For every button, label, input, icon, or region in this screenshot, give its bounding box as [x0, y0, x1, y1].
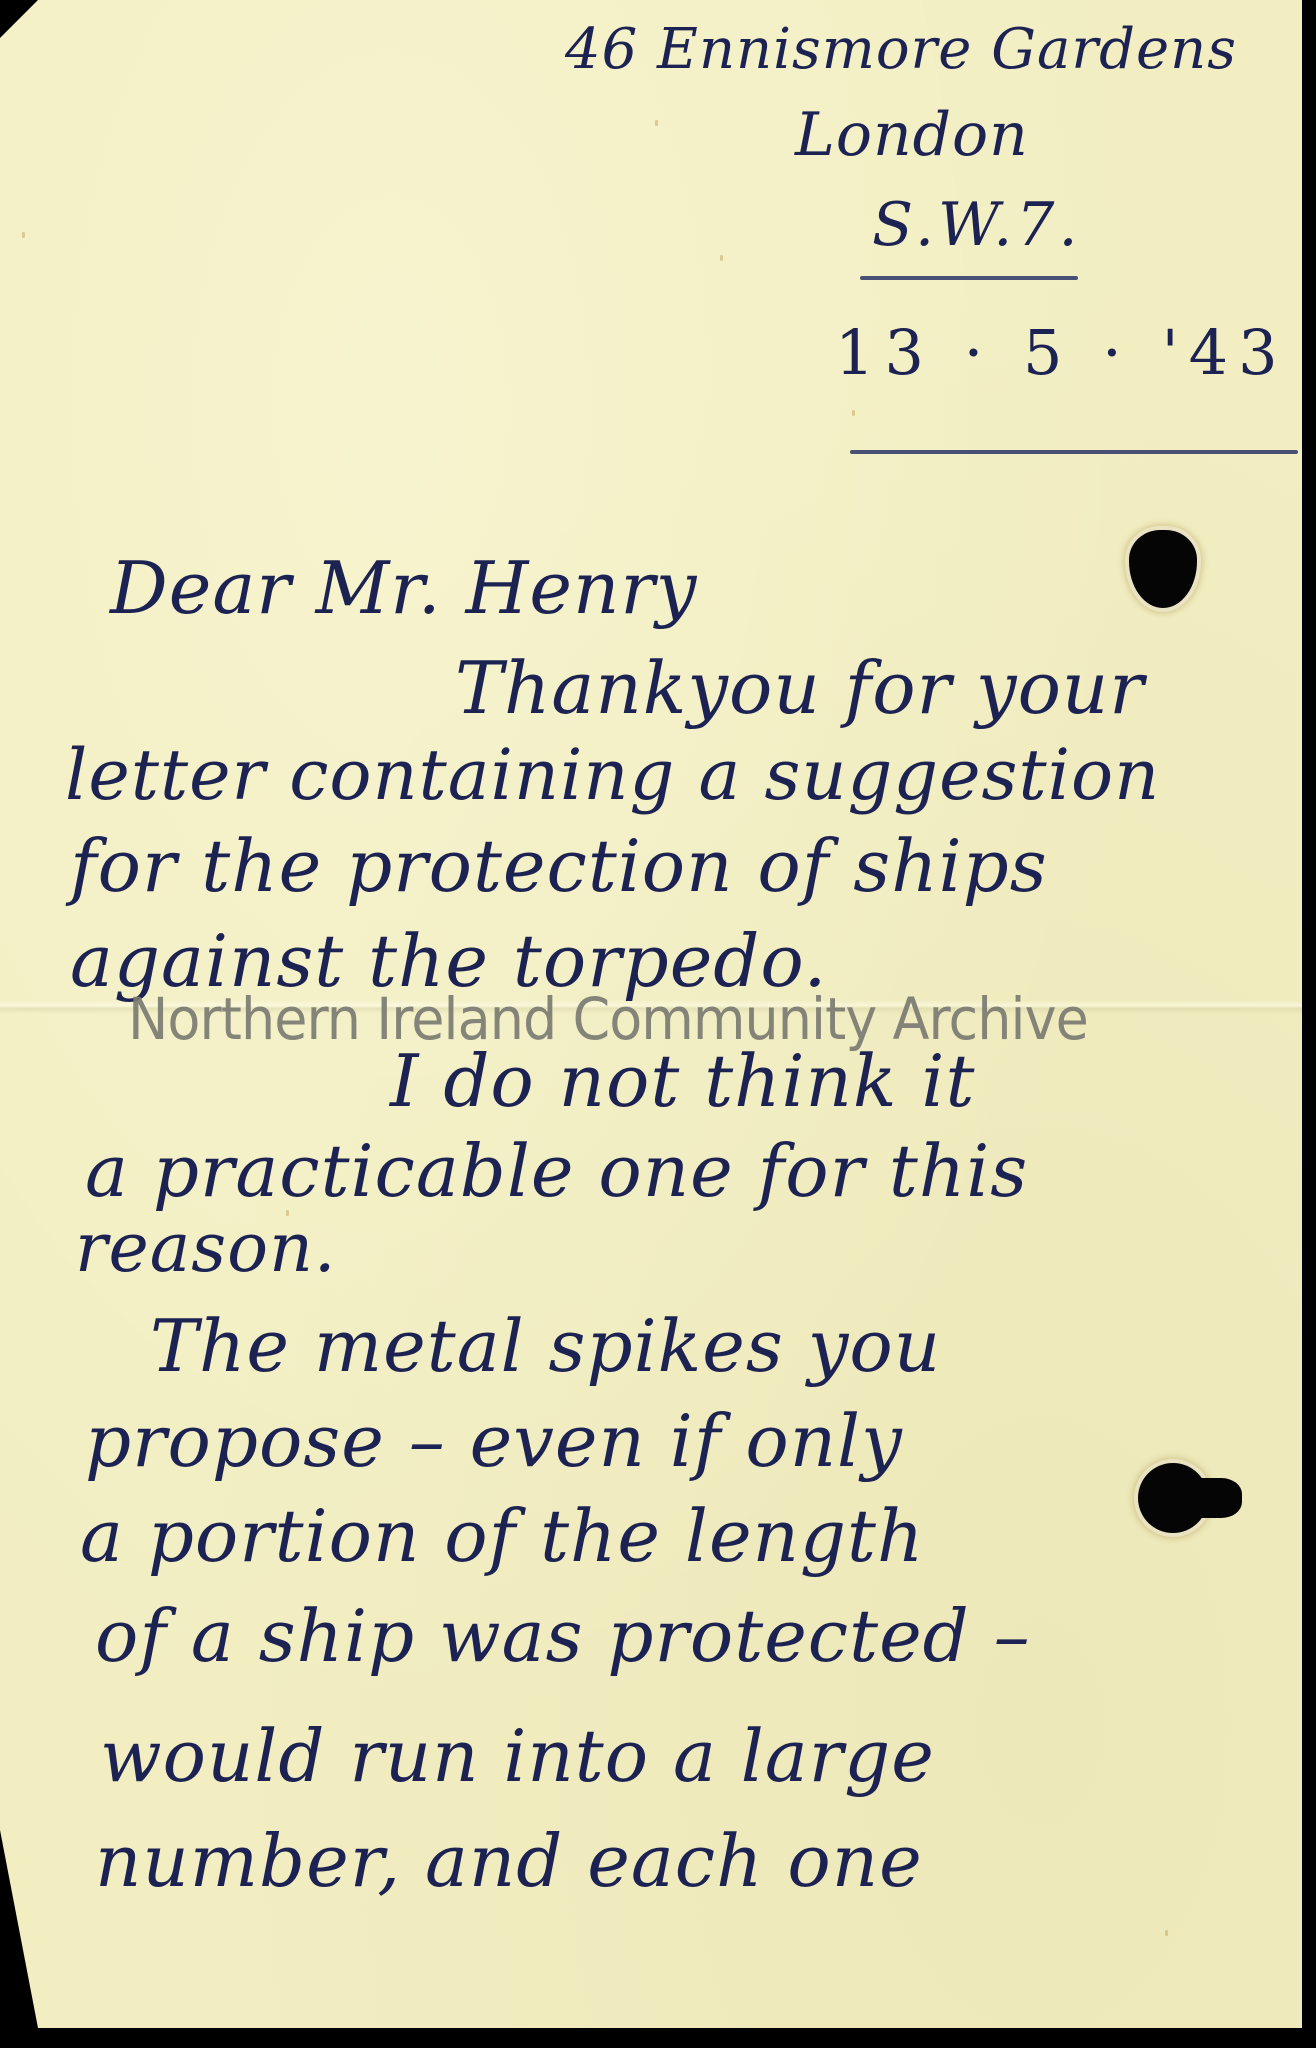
body-line: letter containing a suggestion: [65, 740, 1160, 810]
body-line: I do not think it: [390, 1045, 975, 1117]
body-line: a practicable one for this: [85, 1135, 1028, 1207]
postcode-underline: [860, 276, 1078, 280]
body-line: reason.: [75, 1215, 337, 1283]
salutation: Dear Mr. Henry: [110, 552, 697, 624]
letter-date: 13 · 5 · '43: [835, 322, 1288, 384]
address-city: London: [795, 105, 1029, 165]
body-line: of a ship was protected –: [95, 1600, 1031, 1672]
punch-hole-bottom-tear: [1190, 1478, 1242, 1518]
date-underline: [850, 450, 1298, 454]
archive-watermark: Northern Ireland Community Archive: [128, 985, 1088, 1053]
paper-speck: [852, 410, 855, 416]
paper-speck: [720, 255, 723, 261]
body-line: number, and each one: [95, 1825, 923, 1897]
body-line: propose – even if only: [85, 1405, 903, 1477]
paper-speck: [655, 120, 658, 126]
body-line: would run into a large: [100, 1720, 935, 1792]
address-street: 46 Ennismore Gardens: [565, 22, 1237, 78]
paper-speck: [1165, 1930, 1168, 1936]
letter-page: 46 Ennismore Gardens London S.W.7. 13 · …: [0, 0, 1302, 2028]
body-line: for the protection of ships: [70, 830, 1048, 902]
address-postcode: S.W.7.: [872, 195, 1082, 255]
body-line: a portion of the length: [80, 1500, 924, 1572]
body-line: Thankyou for your: [455, 652, 1145, 724]
paper-speck: [22, 232, 25, 238]
punch-hole-top: [1129, 530, 1197, 608]
body-line: The metal spikes you: [150, 1310, 941, 1382]
